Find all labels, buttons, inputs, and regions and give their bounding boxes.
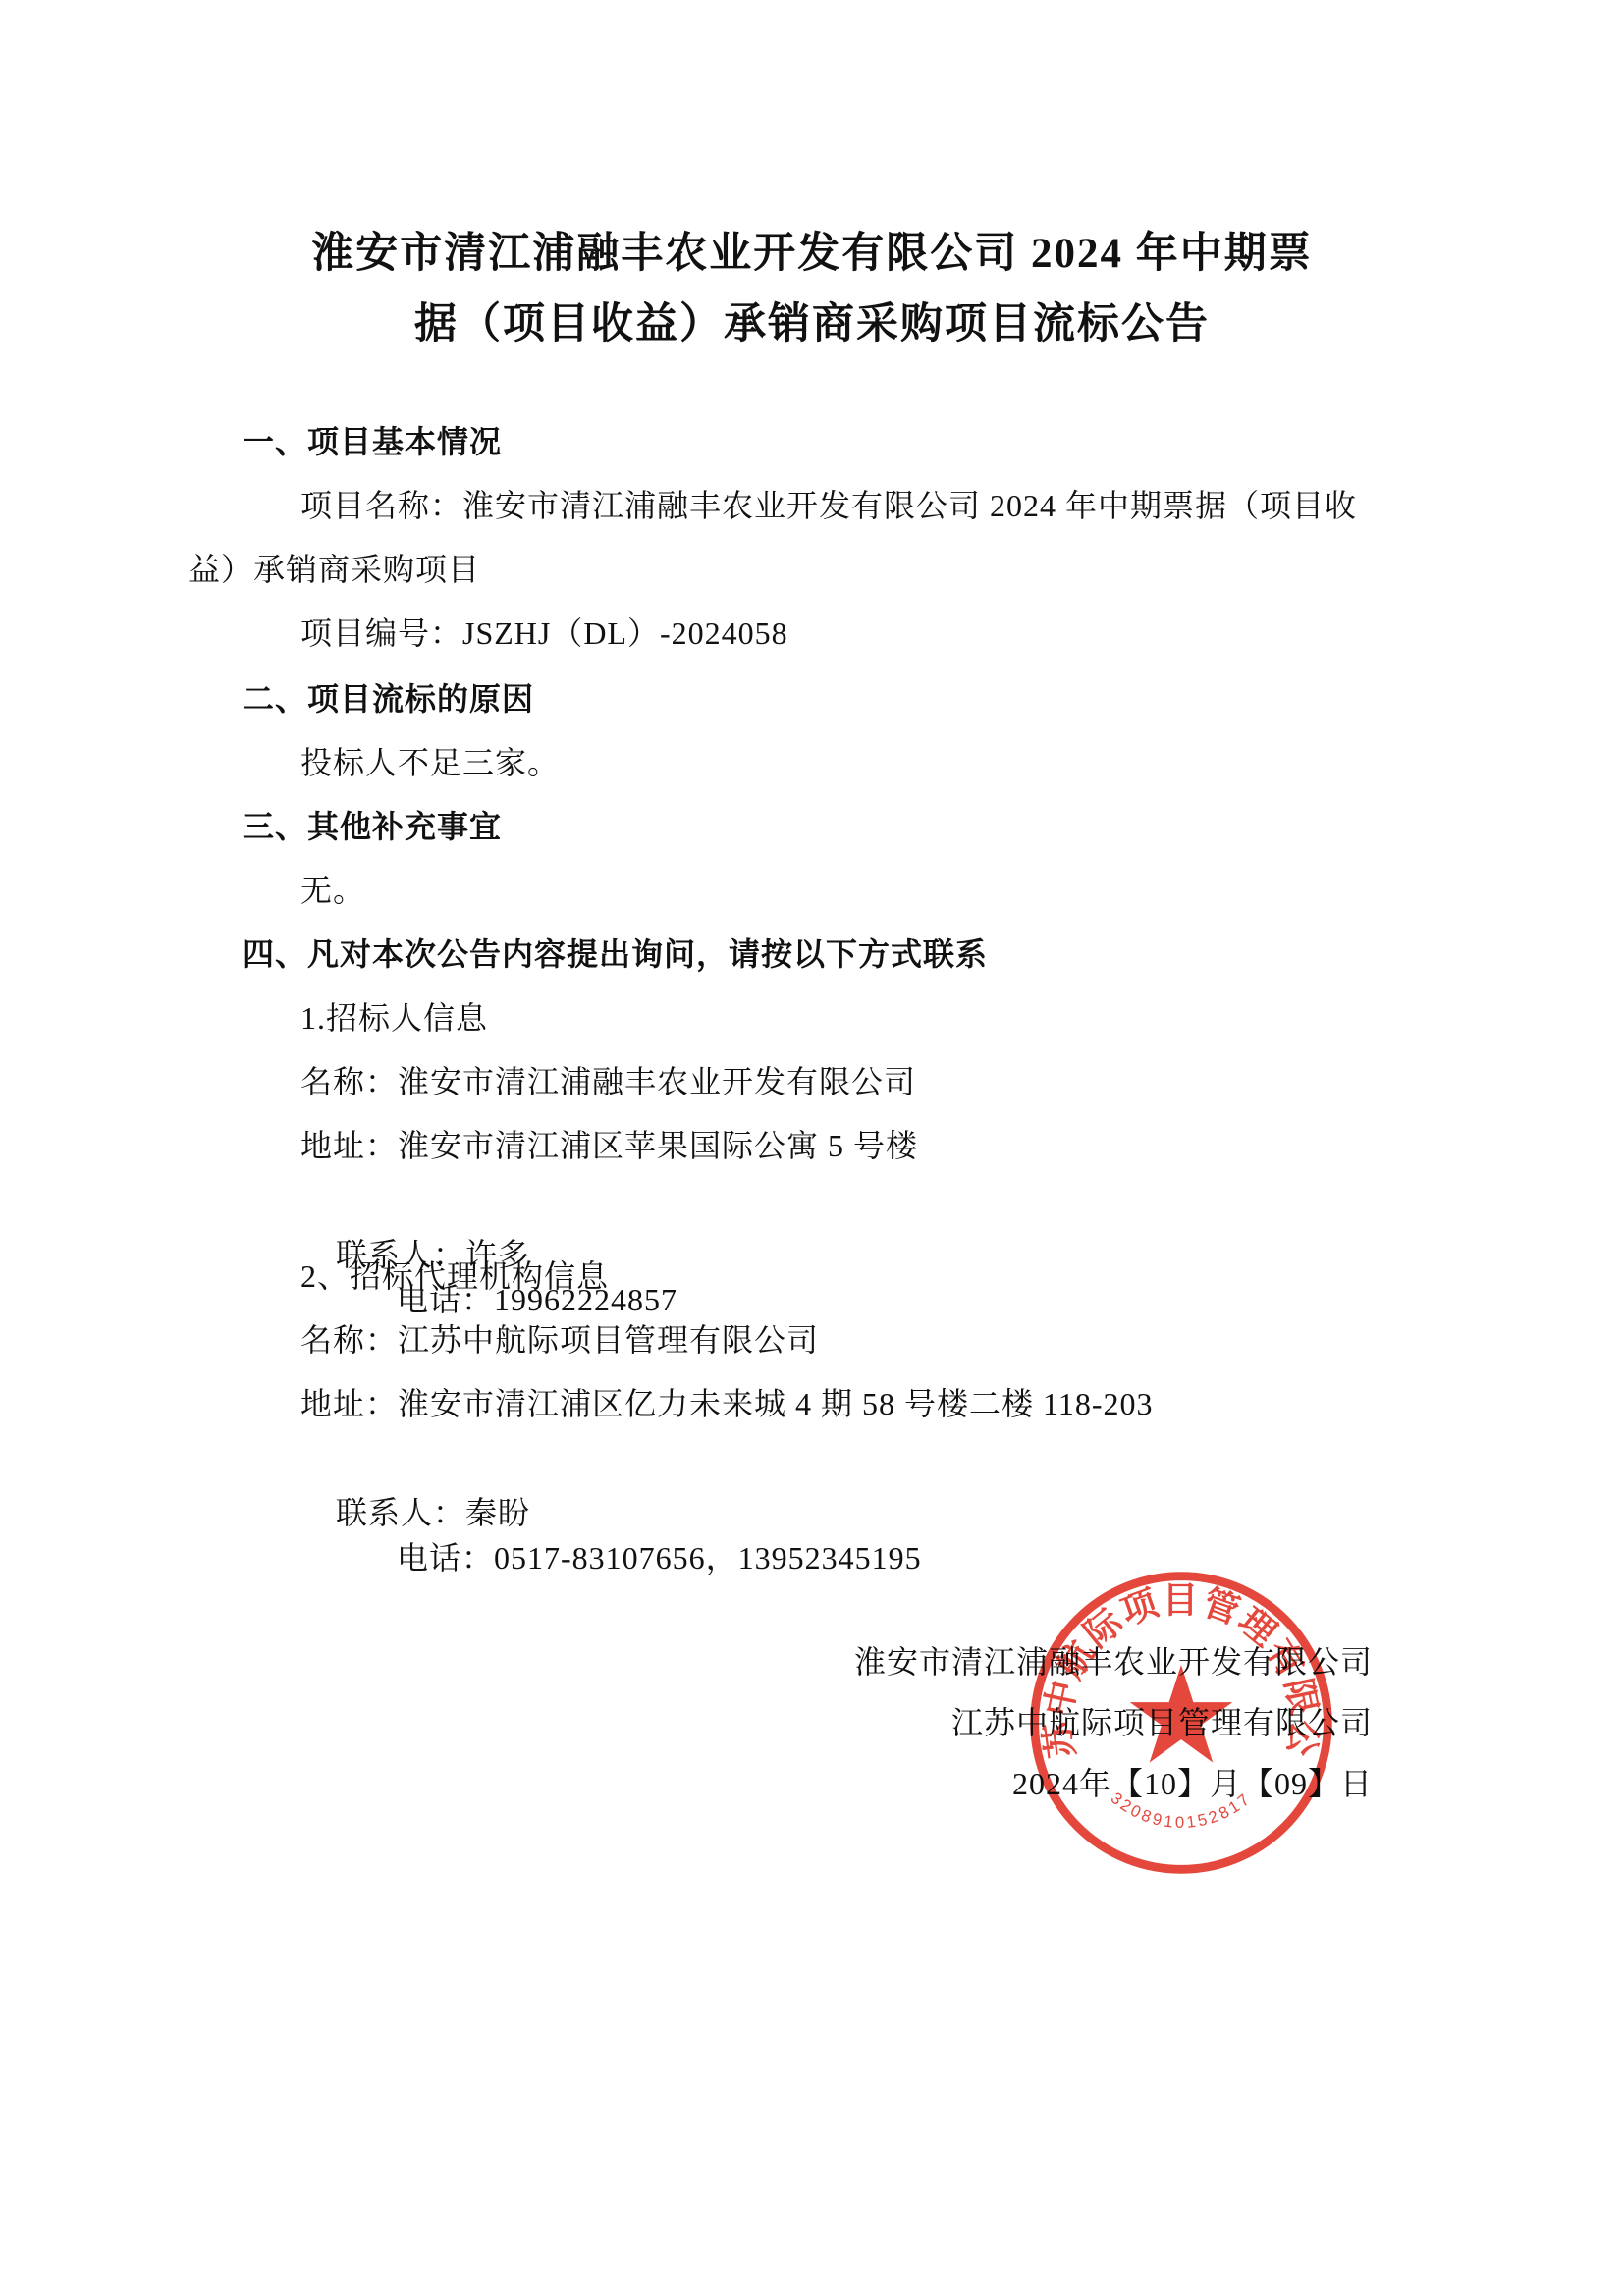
supplement-note: 无。 <box>300 868 365 913</box>
section-1-heading: 一、项目基本情况 <box>243 419 502 464</box>
signature-agency-company: 江苏中航际项目管理有限公司 <box>951 1698 1373 1743</box>
document-title-line-1: 淮安市清江浦融丰农业开发有限公司 2024 年中期票 <box>0 220 1624 280</box>
agency-info-subheading: 2、招标代理机构信息 <box>300 1254 609 1299</box>
agency-address: 地址：淮安市清江浦区亿力未来城 4 期 58 号楼二楼 118-203 <box>300 1381 1153 1426</box>
bidder-name: 名称：淮安市清江浦融丰农业开发有限公司 <box>300 1059 916 1104</box>
signature-date: 2024年【10】月【09】日 <box>1012 1759 1373 1804</box>
failure-reason: 投标人不足三家。 <box>300 740 560 785</box>
agency-contact-line: 联系人：秦盼 电话：0517-83107656，13952345195 <box>300 1445 922 1626</box>
document-title-line-2: 据（项目收益）承销商采购项目流标公告 <box>0 291 1624 350</box>
bidder-info-subheading: 1.招标人信息 <box>300 995 488 1041</box>
section-4-heading: 四、凡对本次公告内容提出询问，请按以下方式联系 <box>243 932 988 977</box>
agency-contact-person: 联系人：秦盼 <box>336 1495 530 1530</box>
project-number: 项目编号：JSZHJ（DL）-2024058 <box>300 611 788 656</box>
agency-contact-phone: 电话：0517-83107656，13952345195 <box>397 1535 922 1580</box>
project-name-line-1: 项目名称：淮安市清江浦融丰农业开发有限公司 2024 年中期票据（项目收 <box>300 483 1357 528</box>
bidder-address: 地址：淮安市清江浦区苹果国际公寓 5 号楼 <box>300 1123 918 1168</box>
announcement-document-page: 淮安市清江浦融丰农业开发有限公司 2024 年中期票 据（项目收益）承销商采购项… <box>0 0 1624 2296</box>
project-name-line-2: 益）承销商采购项目 <box>189 547 480 592</box>
agency-name: 名称：江苏中航际项目管理有限公司 <box>300 1317 819 1362</box>
signature-bidder-company: 淮安市清江浦融丰农业开发有限公司 <box>854 1637 1373 1682</box>
section-2-heading: 二、项目流标的原因 <box>243 676 534 721</box>
section-3-heading: 三、其他补充事宜 <box>243 804 502 849</box>
